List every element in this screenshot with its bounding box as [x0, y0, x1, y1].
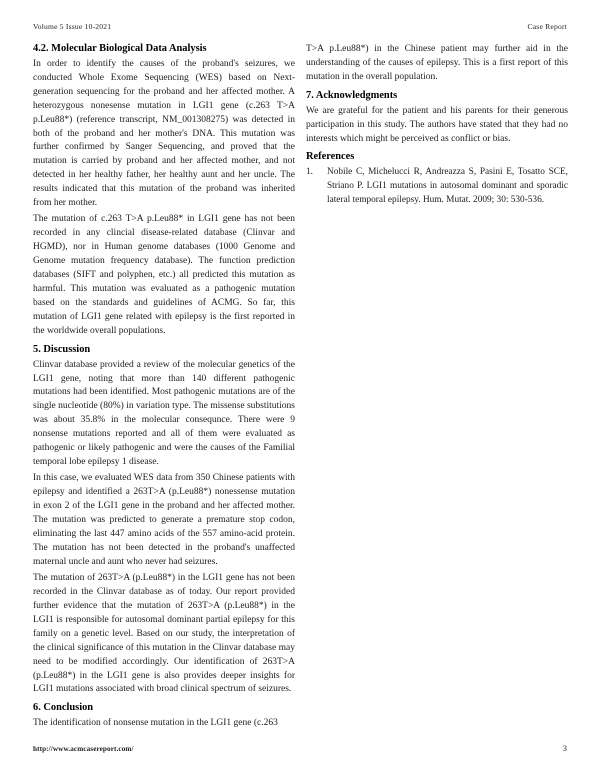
header-volume-issue: Volume 5 Issue 10-2021 [33, 22, 111, 31]
reference-number: 1. [306, 166, 318, 208]
reference-text: Nobile C, Michelucci R, Andreazza S, Pas… [327, 166, 568, 208]
paper-page: Volume 5 Issue 10-2021 Case Report 4.2. … [0, 0, 600, 776]
references-heading: References [306, 151, 568, 162]
left-column: 4.2. Molecular Biological Data Analysis … [33, 43, 295, 734]
header-article-type: Case Report [527, 22, 567, 31]
footer-page-number: 3 [563, 744, 567, 753]
section-4-2-paragraph-1: In order to identify the causes of the p… [33, 58, 295, 211]
section-4-2-heading: 4.2. Molecular Biological Data Analysis [33, 43, 295, 54]
section-5-paragraph-3: The mutation of 263T>A (p.Leu88*) in the… [33, 572, 295, 697]
section-5-paragraph-2: In this case, we evaluated WES data from… [33, 472, 295, 569]
section-7-paragraph-1: We are grateful for the patient and his … [306, 105, 568, 147]
section-6-heading: 6. Conclusion [33, 702, 295, 713]
section-5-paragraph-1: Clinvar database provided a review of th… [33, 359, 295, 470]
section-7-heading: 7. Acknowledgments [306, 90, 568, 101]
section-5-heading: 5. Discussion [33, 344, 295, 355]
footer-journal-url: http://www.acmcasereport.com/ [33, 745, 134, 753]
reference-list: 1. Nobile C, Michelucci R, Andreazza S, … [306, 166, 568, 208]
right-column: T>A p.Leu88*) in the Chinese patient may… [306, 43, 568, 734]
section-6-paragraph-1: The identification of nonsense mutation … [33, 717, 295, 731]
two-column-body: 4.2. Molecular Biological Data Analysis … [33, 43, 567, 734]
section-6-continuation-paragraph: T>A p.Leu88*) in the Chinese patient may… [306, 43, 568, 85]
section-4-2-paragraph-2: The mutation of c.263 T>A p.Leu88* in LG… [33, 213, 295, 338]
reference-item: 1. Nobile C, Michelucci R, Andreazza S, … [306, 166, 568, 208]
running-header: Volume 5 Issue 10-2021 Case Report [33, 22, 567, 31]
page-footer: http://www.acmcasereport.com/ 3 [33, 744, 567, 753]
